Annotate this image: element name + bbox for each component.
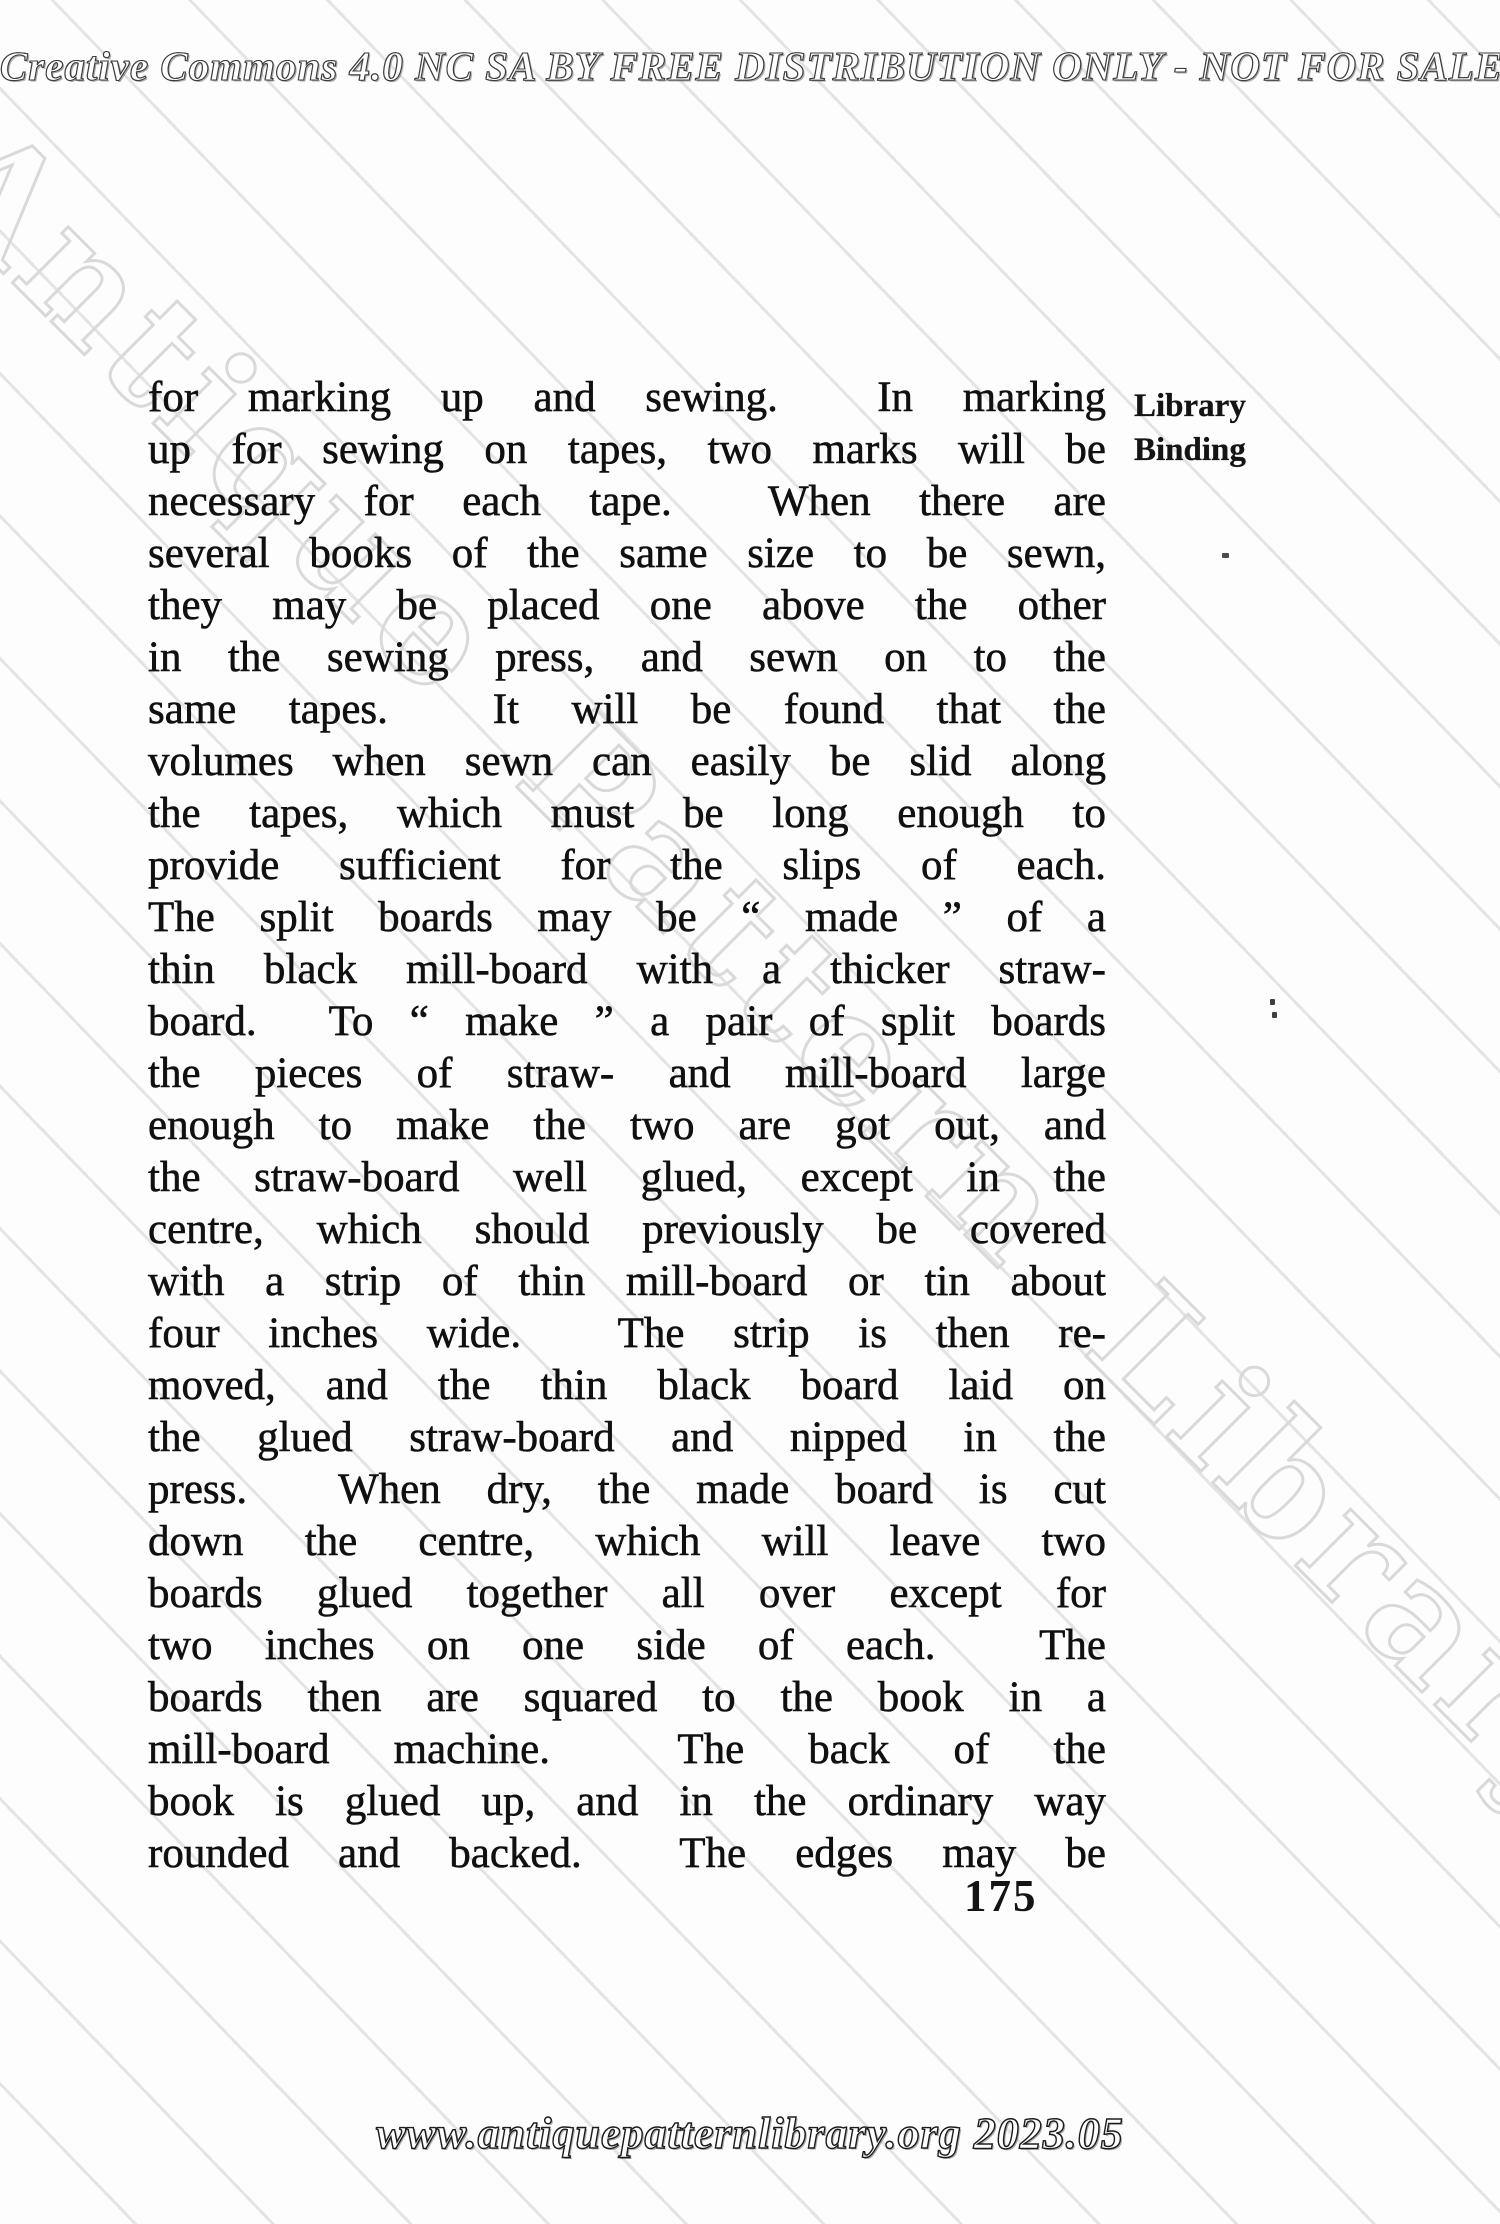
scanned-book-page: Antique Pattern Library Creative Commons…	[0, 0, 1500, 2224]
body-text-line: board. To “ make ” a pair of split board…	[148, 996, 1106, 1048]
body-text-line: mill-board machine. The back of the	[148, 1724, 1106, 1776]
body-text-column: for marking up and sewing. In marking up…	[148, 372, 1106, 1880]
body-text-line: centre, which should previously be cover…	[148, 1204, 1106, 1256]
body-text-line: enough to make the two are got out, and	[148, 1100, 1106, 1152]
body-text-line: rounded and backed. The edges may be	[148, 1828, 1106, 1880]
body-text-line: up for sewing on tapes, two marks will b…	[148, 424, 1106, 476]
body-text-line: thin black mill-board with a thicker str…	[148, 944, 1106, 996]
body-text-line: boards then are squared to the book in a	[148, 1672, 1106, 1724]
site-footer: www.antiquepatternlibrary.org 2023.05	[0, 2108, 1500, 2159]
body-text-line: book is glued up, and in the ordinary wa…	[148, 1776, 1106, 1828]
margin-note-line: Library	[1134, 384, 1246, 428]
body-text-line: necessary for each tape. When there are	[148, 476, 1106, 528]
body-text-line: boards glued together all over except fo…	[148, 1568, 1106, 1620]
body-text-line: down the centre, which will leave two	[148, 1516, 1106, 1568]
body-text-line: the tapes, which must be long enough to	[148, 788, 1106, 840]
body-text-line: volumes when sewn can easily be slid alo…	[148, 736, 1106, 788]
body-text-line: for marking up and sewing. In marking	[148, 372, 1106, 424]
ink-speck	[1222, 553, 1229, 558]
body-text-line: provide sufficient for the slips of each…	[148, 840, 1106, 892]
body-text-line: press. When dry, the made board is cut	[148, 1464, 1106, 1516]
body-text-line: same tapes. It will be found that the	[148, 684, 1106, 736]
body-text-line: several books of the same size to be sew…	[148, 528, 1106, 580]
license-header: Creative Commons 4.0 NC SA BY FREE DISTR…	[0, 42, 1500, 90]
body-text-line: the straw-board well glued, except in th…	[148, 1152, 1106, 1204]
body-text-line: four inches wide. The strip is then re-	[148, 1308, 1106, 1360]
body-text-line: in the sewing press, and sewn on to the	[148, 632, 1106, 684]
body-text-line: moved, and the thin black board laid on	[148, 1360, 1106, 1412]
body-text-line: The split boards may be “ made ” of a	[148, 892, 1106, 944]
body-text-line: two inches on one side of each. The	[148, 1620, 1106, 1672]
body-text-line: they may be placed one above the other	[148, 580, 1106, 632]
margin-note-line: Binding	[1134, 428, 1246, 472]
body-text-line: the pieces of straw- and mill-board larg…	[148, 1048, 1106, 1100]
body-text-line: with a strip of thin mill-board or tin a…	[148, 1256, 1106, 1308]
body-text-line: the glued straw-board and nipped in the	[148, 1412, 1106, 1464]
page-number: 175	[964, 1870, 1038, 1922]
ink-speck	[1270, 999, 1275, 1005]
margin-note-library-binding: Library Binding	[1134, 384, 1246, 472]
